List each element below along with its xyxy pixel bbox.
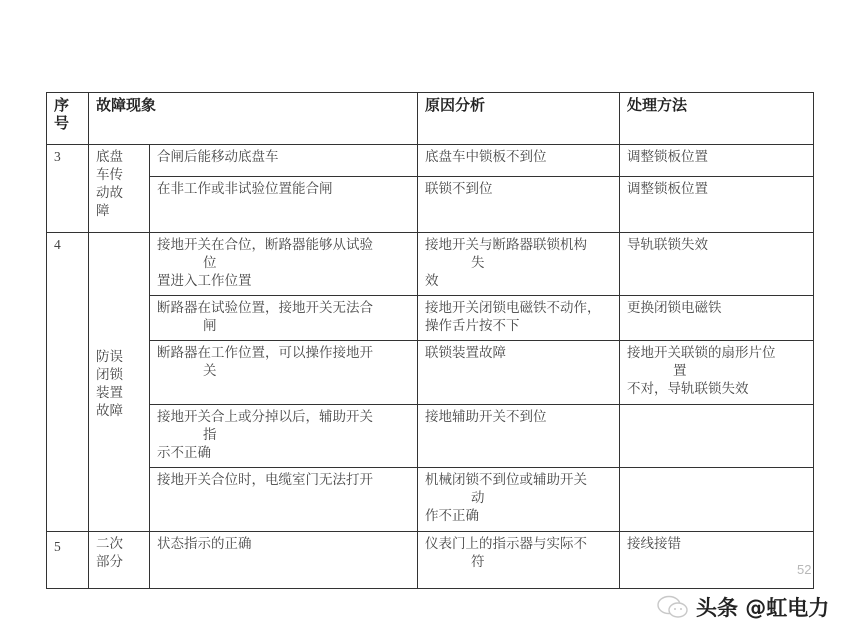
fix-cell: 导轨联锁失效 (620, 233, 814, 296)
table-row: 5 二次部分 状态指示的正确 仪表门上的指示器与实际不符 接线接错 (47, 532, 814, 589)
slide: 序号 故障现象 原因分析 处理方法 3 底盘车传动故障 合闸后能移动底盘车 底盘… (0, 0, 850, 636)
phenomenon-cell: 接地开关合上或分掉以后，辅助开关指示不正确 (150, 405, 418, 468)
fix-cell: 更换闭锁电磁铁 (620, 296, 814, 341)
table-row: 3 底盘车传动故障 合闸后能移动底盘车 底盘车中锁板不到位 调整锁板位置 (47, 145, 814, 177)
table-row: 接地开关合上或分掉以后，辅助开关指示不正确 接地辅助开关不到位 (47, 405, 814, 468)
table-row: 断路器在试验位置，接地开关无法合闸 接地开关闭锁电磁铁不动作，操作舌片按不下 更… (47, 296, 814, 341)
header-seq: 序号 (47, 93, 89, 145)
cause-cell: 底盘车中锁板不到位 (418, 145, 620, 177)
phenomenon-cell: 合闸后能移动底盘车 (150, 145, 418, 177)
phenomenon-cell: 状态指示的正确 (150, 532, 418, 589)
wechat-icon (656, 595, 690, 619)
watermark: 头条 @虹电力 (656, 590, 829, 624)
phenomenon-cell: 接地开关在合位，断路器能够从试验位置进入工作位置 (150, 233, 418, 296)
table-row: 接地开关合位时，电缆室门无法打开 机械闭锁不到位或辅助开关动作不正确 (47, 468, 814, 532)
watermark-text: 头条 @虹电力 (696, 592, 829, 622)
fix-cell (620, 468, 814, 532)
phenomenon-cell: 断路器在工作位置，可以操作接地开关 (150, 341, 418, 405)
cause-cell: 接地辅助开关不到位 (418, 405, 620, 468)
cause-cell: 联锁不到位 (418, 177, 620, 233)
seq-cell: 3 (47, 145, 89, 233)
fix-cell: 接地开关联锁的扇形片位置不对，导轨联锁失效 (620, 341, 814, 405)
cause-cell: 仪表门上的指示器与实际不符 (418, 532, 620, 589)
table-row: 在非工作或非试验位置能合闸 联锁不到位 调整锁板位置 (47, 177, 814, 233)
fix-cell (620, 405, 814, 468)
phenomenon-cell: 接地开关合位时，电缆室门无法打开 (150, 468, 418, 532)
phenomenon-cell: 在非工作或非试验位置能合闸 (150, 177, 418, 233)
seq-cell: 5 (47, 532, 89, 589)
table-row: 断路器在工作位置，可以操作接地开关 联锁装置故障 接地开关联锁的扇形片位置不对，… (47, 341, 814, 405)
cause-cell: 接地开关闭锁电磁铁不动作，操作舌片按不下 (418, 296, 620, 341)
table-row: 4 防误闭锁装置故障 接地开关在合位，断路器能够从试验位置进入工作位置 接地开关… (47, 233, 814, 296)
header-cause: 原因分析 (418, 93, 620, 145)
fault-table: 序号 故障现象 原因分析 处理方法 3 底盘车传动故障 合闸后能移动底盘车 底盘… (46, 92, 814, 589)
cause-cell: 机械闭锁不到位或辅助开关动作不正确 (418, 468, 620, 532)
cause-cell: 联锁装置故障 (418, 341, 620, 405)
header-fix: 处理方法 (620, 93, 814, 145)
category-cell: 二次部分 (89, 532, 150, 589)
header-row: 序号 故障现象 原因分析 处理方法 (47, 93, 814, 145)
cause-cell: 接地开关与断路器联锁机构失效 (418, 233, 620, 296)
phenomenon-cell: 断路器在试验位置，接地开关无法合闸 (150, 296, 418, 341)
header-phenomenon: 故障现象 (89, 93, 418, 145)
seq-cell: 4 (47, 233, 89, 532)
category-cell: 防误闭锁装置故障 (89, 233, 150, 532)
fix-cell: 接线接错 (620, 532, 814, 589)
page-number: 52 (797, 562, 811, 577)
fix-cell: 调整锁板位置 (620, 177, 814, 233)
fix-cell: 调整锁板位置 (620, 145, 814, 177)
category-cell: 底盘车传动故障 (89, 145, 150, 233)
